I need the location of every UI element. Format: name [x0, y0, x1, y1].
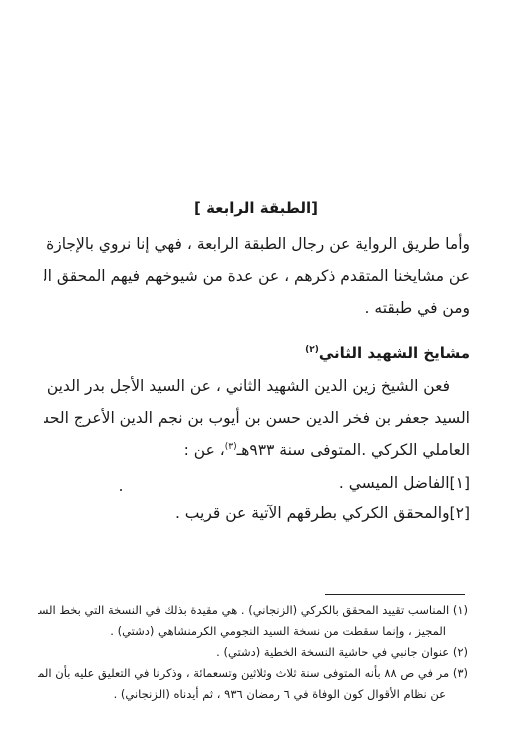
footnote-1-line: (١) المناسب تقييد المحقق بالكركي (الزنجا… — [38, 600, 468, 621]
book-page: [الطبقة الرابعة ] وأما طريق الرواية عن ر… — [0, 0, 512, 742]
footnote-ref-2[interactable]: (٢) — [305, 345, 319, 355]
teachers-list: [١]الفاضل الميسي . [٢]والمحقق الكركي بطر… — [130, 468, 470, 528]
footnote-3-line: (٣) مر في ص ٨٨ بأنه المتوفى سنة ثلاث وثل… — [38, 663, 468, 684]
text-line: وأما طريق الرواية عن رجال الطبقة الرابعة… — [44, 228, 470, 260]
footnote-separator — [325, 594, 465, 595]
scan-speck — [120, 489, 122, 491]
paragraph-fourth-tier: وأما طريق الرواية عن رجال الطبقة الرابعة… — [44, 228, 470, 324]
text-line: فعن الشيخ زين الدين الشهيد الثاني ، عن ا… — [44, 370, 470, 402]
text-line-suffix: ، عن : — [184, 441, 225, 459]
footnotes: (١) المناسب تقييد المحقق بالكركي (الزنجا… — [38, 600, 468, 705]
text-line: العاملي الكركي .المتوفى سنة ٩٣٣هـ(٣)، عن… — [44, 434, 470, 466]
text-line: السيد جعفر بن فخر الدين حسن بن أيوب بن ن… — [44, 402, 470, 434]
text-line: ومن في طبقته . — [44, 292, 470, 324]
subheading-text: مشايخ الشهيد الثاني — [319, 344, 470, 362]
paragraph-chain: فعن الشيخ زين الدين الشهيد الثاني ، عن ا… — [44, 370, 470, 466]
text-line: عن مشايخنا المتقدم ذكرهم ، عن عدة من شيو… — [44, 260, 470, 292]
footnote-1-line: المجيز ، وإنما سقطت من نسخة السيد النجوم… — [38, 621, 468, 642]
footnote-3-line: عن نظام الأقوال كون الوفاة في ٦ رمضان ٩٣… — [38, 684, 468, 705]
footnote-ref-3[interactable]: (٣) — [225, 442, 237, 452]
text-line-content: العاملي الكركي .المتوفى سنة ٩٣٣هـ — [237, 441, 470, 459]
footnote-2-line: (٢) عنوان جانبي في حاشية النسخة الخطية (… — [38, 642, 468, 663]
text-line-content: عن مشايخنا المتقدم ذكرهم ، عن عدة من شيو… — [44, 267, 470, 285]
section-heading: [الطبقة الرابعة ] — [0, 196, 512, 220]
list-item: [٢]والمحقق الكركي بطرقهم الآتية عن قريب … — [130, 498, 470, 528]
list-item: [١]الفاضل الميسي . — [130, 468, 470, 498]
subheading-shaheed-thani-teachers: مشايخ الشهيد الثاني(٢) — [305, 340, 470, 366]
